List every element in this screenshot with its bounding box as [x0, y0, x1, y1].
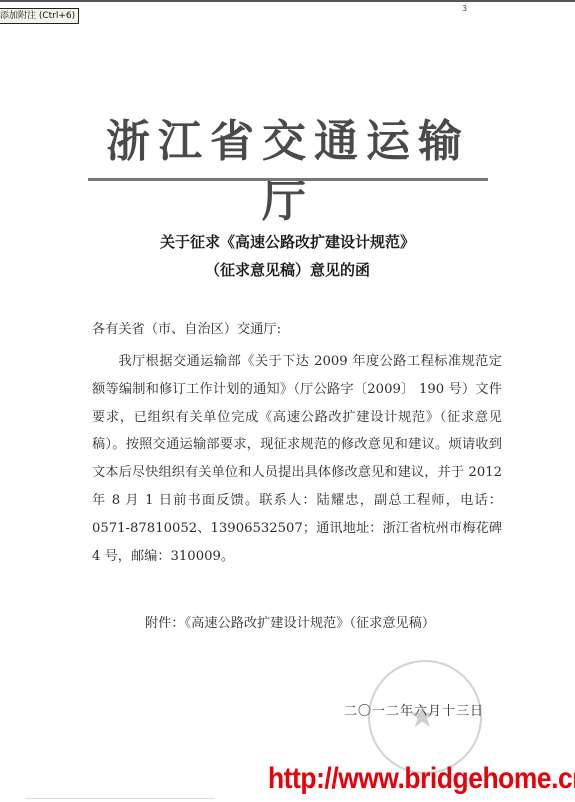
top-border: [0, 0, 575, 2]
body-paragraph: 我厅根据交通运输部《关于下达 2009 年度公路工程标准规范定额等编制和修订工作…: [92, 348, 502, 570]
page-mark: 3: [462, 4, 467, 13]
document-title-line1: 关于征求《高速公路改扩建设计规范》: [100, 231, 475, 252]
document-title-line2: （征求意见稿）意见的函: [100, 259, 475, 280]
document-date: 二〇一二年六月十三日: [344, 700, 484, 719]
letterhead-title: 浙江省交通运输厅: [88, 112, 488, 232]
scan-artifact-line: [25, 798, 215, 799]
salutation: 各有关省（市、自治区）交通厅:: [92, 318, 502, 337]
add-annotation-tooltip: 添加附注 (Ctrl+6): [0, 8, 79, 24]
watermark-url: http://www.bridgehome.cn: [268, 762, 575, 796]
letterhead-divider: [88, 178, 488, 181]
attachment-line: 附件：《高速公路改扩建设计规范》（征求意见稿）: [145, 612, 435, 631]
